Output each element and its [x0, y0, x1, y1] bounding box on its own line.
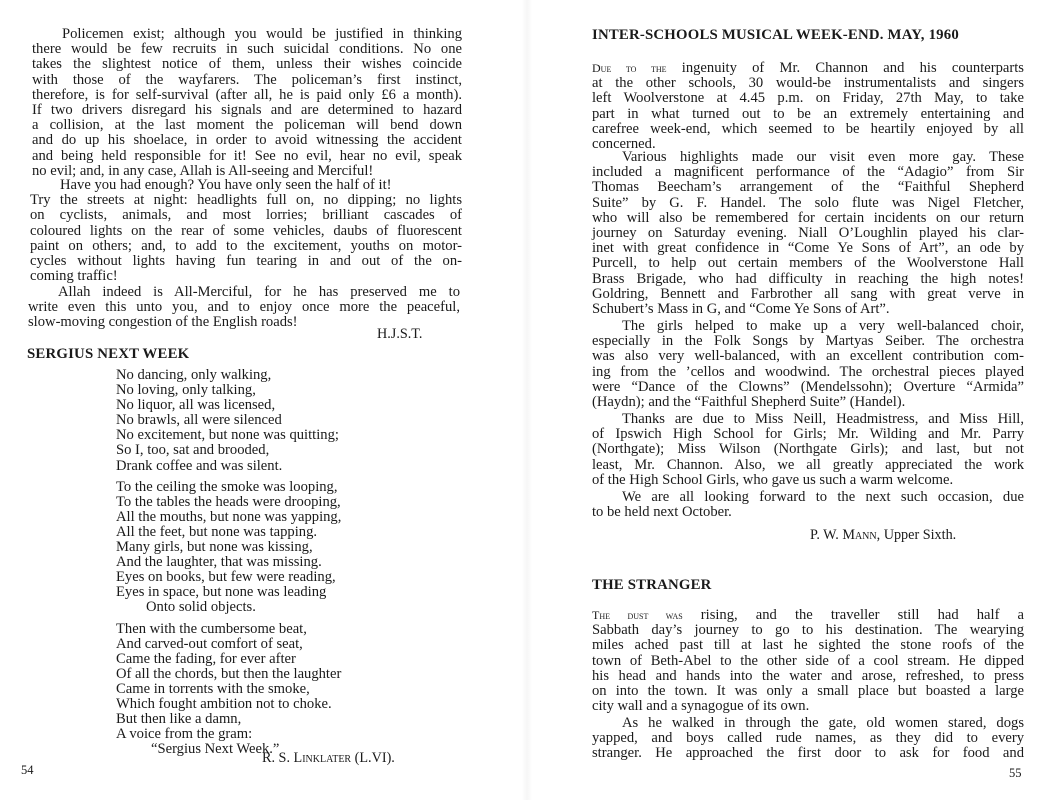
- poem-line: To the ceiling the smoke was looping,: [116, 480, 341, 495]
- text-line: Various highlights made our visit even m…: [592, 150, 1024, 165]
- text-line: If two drivers disregard his signals and…: [32, 103, 462, 118]
- text-line: therefore, is for self-survival (after a…: [32, 88, 462, 103]
- text-line: journey on Saturday evening. Niall O’Lou…: [592, 226, 1024, 241]
- poem-line: No loving, only talking,: [116, 383, 341, 398]
- text-fragment: ingenuity of Mr. Channon and his counter…: [667, 60, 1024, 76]
- text-line: of Ipswich High School for Girls; Mr. Wi…: [592, 427, 1024, 442]
- text-line: We are all looking forward to the next s…: [592, 490, 1024, 505]
- poem-line: Which fought ambition not to choke.: [116, 697, 341, 712]
- text-line: included a magnificent performance of th…: [592, 165, 1024, 180]
- text-line: was also very well-balanced, with an exc…: [592, 349, 1024, 364]
- poem-line: All the feet, but none was tapping.: [116, 525, 341, 540]
- poem-line: A voice from the gram:: [116, 727, 341, 742]
- poem-line: Then with the cumbersome beat,: [116, 622, 341, 637]
- poem-line: Came the fading, for ever after: [116, 652, 341, 667]
- article-signature: P. W. Mann, Upper Sixth.: [810, 527, 956, 544]
- sig-rest: , Upper Sixth.: [877, 527, 957, 543]
- poem-line: Onto solid objects.: [116, 600, 341, 615]
- article-paragraph-4: Thanks are due to Miss Neill, Headmistre…: [592, 412, 1024, 488]
- poem-line: And carved-out comfort of seat,: [116, 637, 341, 652]
- poem-line: No brawls, all were silenced: [116, 413, 341, 428]
- text-line: cycles without lights having fun tearing…: [30, 254, 462, 269]
- text-line: inet with great confidence in “Come Ye S…: [592, 241, 1024, 256]
- poem-line: No dancing, only walking,: [116, 368, 341, 383]
- poem-line: So I, too, sat and brooded,: [116, 443, 341, 458]
- text-line: with those of the wayfarers. The policem…: [32, 73, 462, 88]
- text-line: and being held responsible for it! See n…: [32, 149, 462, 164]
- author-initials: R. S.: [262, 750, 294, 766]
- text-line: Have you had enough? You have only seen …: [30, 178, 462, 193]
- text-line: coming traffic!: [30, 269, 462, 284]
- text-line: his head and hands into the water and ar…: [592, 669, 1024, 684]
- poem-body: No dancing, only walking, No loving, onl…: [116, 368, 341, 757]
- poem-title: SERGIUS NEXT WEEK: [27, 346, 189, 363]
- poem-line: Eyes on books, but few were reading,: [116, 570, 341, 585]
- poem-line: Of all the chords, but then the laughter: [116, 667, 341, 682]
- text-line: left Woolverstone at 4.45 p.m. on Friday…: [592, 91, 1024, 106]
- poem-line: Drank coffee and was silent.: [116, 459, 341, 474]
- text-line: carefree week-end, which seemed to be he…: [592, 122, 1024, 137]
- text-line: part in what turned out to be an extreme…: [592, 107, 1024, 122]
- text-line: who will also be remembered for certain …: [592, 211, 1024, 226]
- text-line: especially in the Folk Songs by Martyas …: [592, 334, 1024, 349]
- poem-line: No excitement, but none was quitting;: [116, 428, 341, 443]
- poem-line: But then like a damn,: [116, 712, 341, 727]
- poem-author: R. S. Linklater (L.VI).: [262, 750, 395, 767]
- text-line: there would be few recruits in such suic…: [32, 42, 462, 57]
- text-line: The girls helped to make up a very well-…: [592, 319, 1024, 334]
- text-line: town of Beth-Abel to the other side of a…: [592, 654, 1024, 669]
- poem-line: Many girls, but none was kissing,: [116, 540, 341, 555]
- text-line: The dust was rising, and the traveller s…: [592, 608, 1024, 623]
- text-line: takes the slightest notice of them, unle…: [32, 57, 462, 72]
- text-line: least, Mr. Channon. Also, we all greatly…: [592, 458, 1024, 473]
- text-line: at the other schools, 30 would-be instru…: [592, 76, 1024, 91]
- text-line: Due to the ingenuity of Mr. Channon and …: [592, 61, 1024, 76]
- text-line: of the High School Girls, who gave us su…: [592, 473, 1024, 488]
- text-line: Brass Brigade, who had difficulty in rea…: [592, 272, 1024, 287]
- text-line: city wall and a synagogue of its own.: [592, 699, 1024, 714]
- text-line: on into the town. It was only a small pl…: [592, 684, 1024, 699]
- lead-in: Due to the: [592, 61, 667, 75]
- author-surname: Linklater: [294, 750, 352, 766]
- essay-paragraph-1: Policemen exist; although you would be j…: [32, 27, 462, 179]
- page-number: 54: [21, 763, 34, 778]
- text-line: write even this unto you, and to enjoy o…: [28, 300, 460, 315]
- text-line: Allah indeed is All-Merciful, for he has…: [28, 285, 460, 300]
- poem-line: Came in torrents with the smoke,: [116, 682, 341, 697]
- article-paragraph-1: Due to the ingenuity of Mr. Channon and …: [592, 61, 1024, 152]
- text-fragment: rising, and the traveller still had half…: [683, 607, 1024, 623]
- right-page: INTER-SCHOOLS MUSICAL WEEK-END. MAY, 196…: [527, 0, 1054, 800]
- text-line: on cyclists, animals, and most lorries; …: [30, 208, 462, 223]
- story-paragraph-1: The dust was rising, and the traveller s…: [592, 608, 1024, 714]
- text-line: Sabbath day’s journey to go to his desti…: [592, 623, 1024, 638]
- article-title: INTER-SCHOOLS MUSICAL WEEK-END. MAY, 196…: [592, 27, 959, 44]
- text-line: Thomas Beecham’s arrangement of the “Fai…: [592, 180, 1024, 195]
- text-line: Policemen exist; although you would be j…: [32, 27, 462, 42]
- text-line: (Haydn); and the “Faithful Shepherd Suit…: [592, 395, 1024, 410]
- article-paragraph-5: We are all looking forward to the next s…: [592, 490, 1024, 520]
- text-line: were “Dance of the Clowns” (Mendelssohn)…: [592, 380, 1024, 395]
- text-line: Goldring, Bennett and Farbrother all san…: [592, 287, 1024, 302]
- author-form: (L.VI).: [351, 750, 395, 766]
- essay-paragraph-3: Allah indeed is All-Merciful, for he has…: [28, 285, 460, 331]
- article-paragraph-3: The girls helped to make up a very well-…: [592, 319, 1024, 410]
- text-line: paint on others; and, to add to the exci…: [30, 239, 462, 254]
- text-line: coloured lights on the rear of some vehi…: [30, 224, 462, 239]
- text-line: Try the streets at night: headlights ful…: [30, 193, 462, 208]
- story-paragraph-2: As he walked in through the gate, old wo…: [592, 716, 1024, 762]
- text-line: As he walked in through the gate, old wo…: [592, 716, 1024, 731]
- poem-line: To the tables the heads were drooping,: [116, 495, 341, 510]
- essay-signature: H.J.S.T.: [377, 326, 422, 343]
- text-line: Purcell, to help out certain members of …: [592, 256, 1024, 271]
- page-number: 55: [1009, 766, 1022, 781]
- text-line: yapped, and boys called rude names, as t…: [592, 731, 1024, 746]
- poem-line: And the laughter, that was missing.: [116, 555, 341, 570]
- story-title: THE STRANGER: [592, 577, 712, 594]
- text-line: stranger. He approached the first door t…: [592, 746, 1024, 761]
- text-line: (Northgate); Miss Wilson (Northgate Girl…: [592, 442, 1024, 457]
- text-line: a collision, at the last moment the poli…: [32, 118, 462, 133]
- text-line: miles ached past till at last he sighted…: [592, 638, 1024, 653]
- text-line: Thanks are due to Miss Neill, Headmistre…: [592, 412, 1024, 427]
- poem-line: No liquor, all was licensed,: [116, 398, 341, 413]
- poem-line: Eyes in space, but none was leading: [116, 585, 341, 600]
- text-line: to be held next October.: [592, 505, 1024, 520]
- essay-paragraph-2: Have you had enough? You have only seen …: [30, 178, 462, 284]
- text-line: ing from the ’cellos and woodwind. The o…: [592, 365, 1024, 380]
- article-paragraph-2: Various highlights made our visit even m…: [592, 150, 1024, 317]
- left-page: Policemen exist; although you would be j…: [0, 0, 527, 800]
- sig-initials: P. W.: [810, 527, 842, 543]
- text-line: Suite” by G. F. Handel. The solo flute w…: [592, 196, 1024, 211]
- text-line: and do up his shoelace, in order to avoi…: [32, 133, 462, 148]
- sig-surname: Mann: [842, 527, 876, 543]
- text-line: Schubert’s Mass in G, and “Come Ye Sons …: [592, 302, 1024, 317]
- poem-line: All the mouths, but none was yapping,: [116, 510, 341, 525]
- lead-in: The dust was: [592, 608, 683, 622]
